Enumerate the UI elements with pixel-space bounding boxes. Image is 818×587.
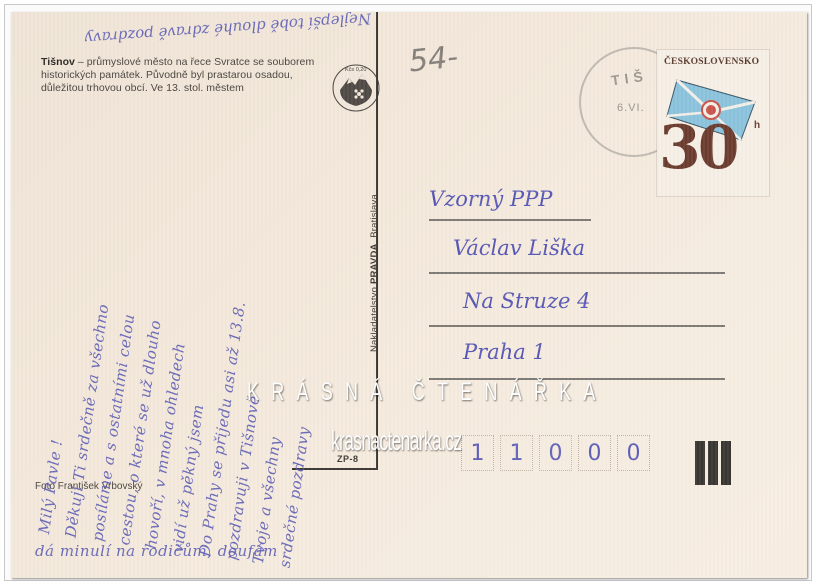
sort-bar xyxy=(721,441,731,485)
svg-text:Kčs 0,20: Kčs 0,20 xyxy=(345,67,366,73)
postcard: Nejlepší tobě dlouhé zdravě pozdravy Tiš… xyxy=(11,12,807,578)
stamp-value: 30 xyxy=(659,118,737,178)
watermark-url: krasnactenarka.cz xyxy=(331,425,461,457)
place-description: Tišnov – průmyslové město na řece Svratc… xyxy=(41,56,321,96)
address-line-1: Vzorný PPP xyxy=(429,187,552,211)
stamp-country: ČESKOSLOVENSKO xyxy=(664,57,759,67)
handwritten-top-line: Nejlepší tobě dlouhé zdravě pozdravy xyxy=(84,12,371,48)
sort-bar xyxy=(695,441,705,485)
address-line-4: Praha 1 xyxy=(463,340,546,364)
postal-code-digit: 1 xyxy=(500,435,533,471)
pencil-note: 54- xyxy=(407,40,459,80)
publisher-prefix: Nakladatelstvo xyxy=(369,284,380,352)
message-bottom-line: dá minulí na rodičům, doufám xyxy=(35,542,278,560)
address-rule xyxy=(429,219,591,221)
publisher-city: , Bratislava xyxy=(369,194,380,243)
place-name: Tišnov xyxy=(41,56,75,68)
description-text: – průmyslové město na řece Svratce se so… xyxy=(41,56,314,94)
handwritten-message: Milý Pavle ! Děkuji Ti srdečně za všechn… xyxy=(31,277,334,569)
postal-code-digit: 1 xyxy=(461,435,494,471)
address-rule xyxy=(429,325,725,327)
address-line-2: Václav Liška xyxy=(453,236,585,260)
mountain-edelweiss-icon: Kčs 0,20 xyxy=(331,62,381,114)
postmark-date: 6.VI. xyxy=(617,102,645,114)
publisher-name: PRAVDA xyxy=(369,243,380,284)
postage-stamp: ČESKOSLOVENSKO 30 h xyxy=(657,50,769,196)
address-line-3: Na Struze 4 xyxy=(463,289,591,313)
stamp-unit: h xyxy=(754,120,760,131)
postal-sort-bars xyxy=(695,441,731,485)
publisher-label: Nakladatelstvo PRAVDA, Bratislava xyxy=(369,194,380,352)
postal-code-digit: 0 xyxy=(539,435,572,471)
postal-code-digit: 0 xyxy=(578,435,611,471)
postal-code-digit: 0 xyxy=(617,435,650,471)
sort-bar xyxy=(708,441,718,485)
postal-code-boxes: 1 1 0 0 0 xyxy=(461,435,650,471)
address-rule xyxy=(429,272,725,274)
watermark-title: KRÁSNÁ ČTENÁŘKA xyxy=(247,378,608,407)
